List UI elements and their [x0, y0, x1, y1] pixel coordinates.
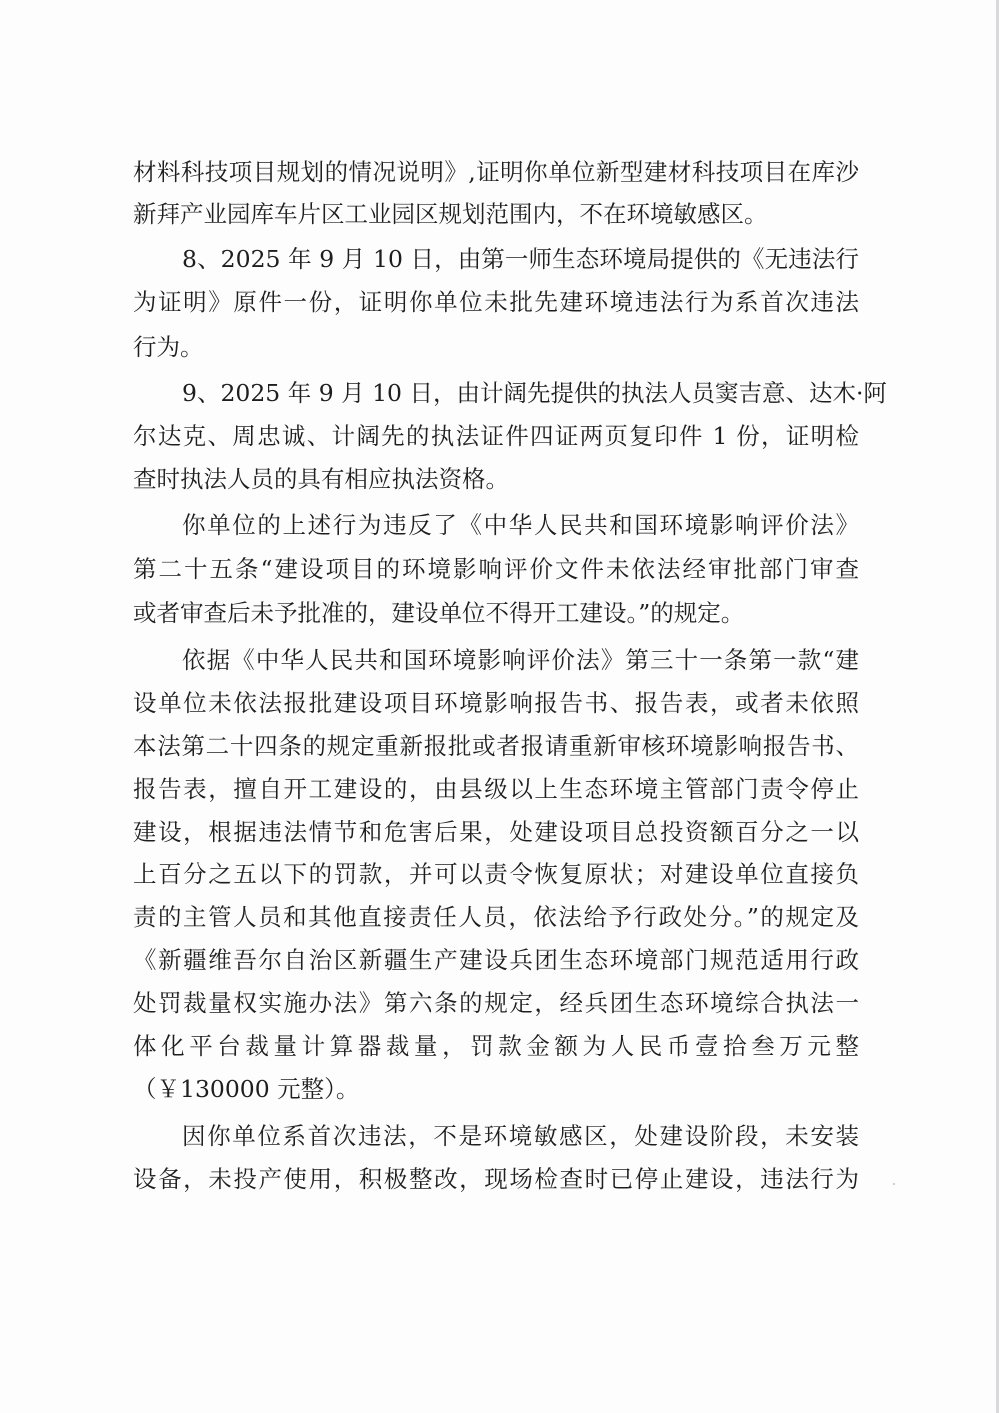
paragraph-line: 《新疆维吾尔自治区新疆生产建设兵团生态环境部门规范适用行政	[133, 945, 859, 975]
paragraph-line: 为证明》原件一份，证明你单位未批先建环境违法行为系首次违法	[133, 287, 859, 317]
paragraph-line: 处罚裁量权实施办法》第六条的规定，经兵团生态环境综合执法一	[133, 988, 859, 1018]
paragraph-line: 行为。	[133, 332, 859, 362]
evidence-item-8: 8、2025 年 9 月 10 日，由第一师生态环境局提供的《无违法行	[182, 244, 859, 274]
document-page: 材料科技项目规划的情况说明》,证明你单位新型建材科技项目在库沙 新拜产业园库车片…	[0, 0, 999, 1413]
fine-amount-line: 体化平台裁量计算器裁量，罚款金额为人民币壹拾叁万元整	[133, 1031, 859, 1061]
paragraph-line: 设单位未依法报批建设项目环境影响报告书、报告表，或者未依照	[133, 688, 859, 718]
legal-basis: 依据《中华人民共和国环境影响评价法》第三十一条第一款“建	[182, 645, 859, 675]
paragraph-line: 或者审查后未予批准的，建设单位不得开工建设。”的规定。	[133, 598, 859, 628]
scan-speck	[403, 470, 405, 472]
paragraph-line: 报告表，擅自开工建设的，由县级以上生态环境主管部门责令停止	[133, 774, 859, 804]
paragraph-line: 第二十五条“建设项目的环境影响评价文件未依法经审批部门审查	[133, 554, 859, 584]
paragraph-line: 设备，未投产使用，积极整改，现场检查时已停止建设，违法行为	[133, 1164, 859, 1194]
paragraph-line: 新拜产业园库车片区工业园区规划范围内，不在环境敏感区。	[133, 199, 859, 229]
mitigation-statement: 因你单位系首次违法，不是环境敏感区，处建设阶段，未安装	[182, 1121, 859, 1151]
evidence-item-9: 9、2025 年 9 月 10 日，由计阔先提供的执法人员窦吉意、达木·阿	[182, 378, 859, 408]
paragraph-line: 查时执法人员的具有相应执法资格。	[133, 464, 859, 494]
fine-amount-figure: （￥130000 元整）。	[133, 1074, 859, 1104]
paragraph-line: 尔达克、周忠诚、计阔先的执法证件四证两页复印件 1 份，证明检	[133, 421, 859, 451]
paragraph-line: 材料科技项目规划的情况说明》,证明你单位新型建材科技项目在库沙	[133, 157, 859, 187]
paragraph-line: 本法第二十四条的规定重新报批或者报请重新审核环境影响报告书、	[133, 731, 859, 761]
paragraph-line: 责的主管人员和其他直接责任人员，依法给予行政处分。”的规定及	[133, 902, 859, 932]
paragraph-line: 上百分之五以下的罚款，并可以责令恢复原状；对建设单位直接负	[133, 859, 859, 889]
scan-speck	[893, 1183, 895, 1185]
violation-statement: 你单位的上述行为违反了《中华人民共和国环境影响评价法》	[182, 510, 859, 540]
paragraph-line: 建设，根据违法情节和危害后果，处建设项目总投资额百分之一以	[133, 817, 859, 847]
